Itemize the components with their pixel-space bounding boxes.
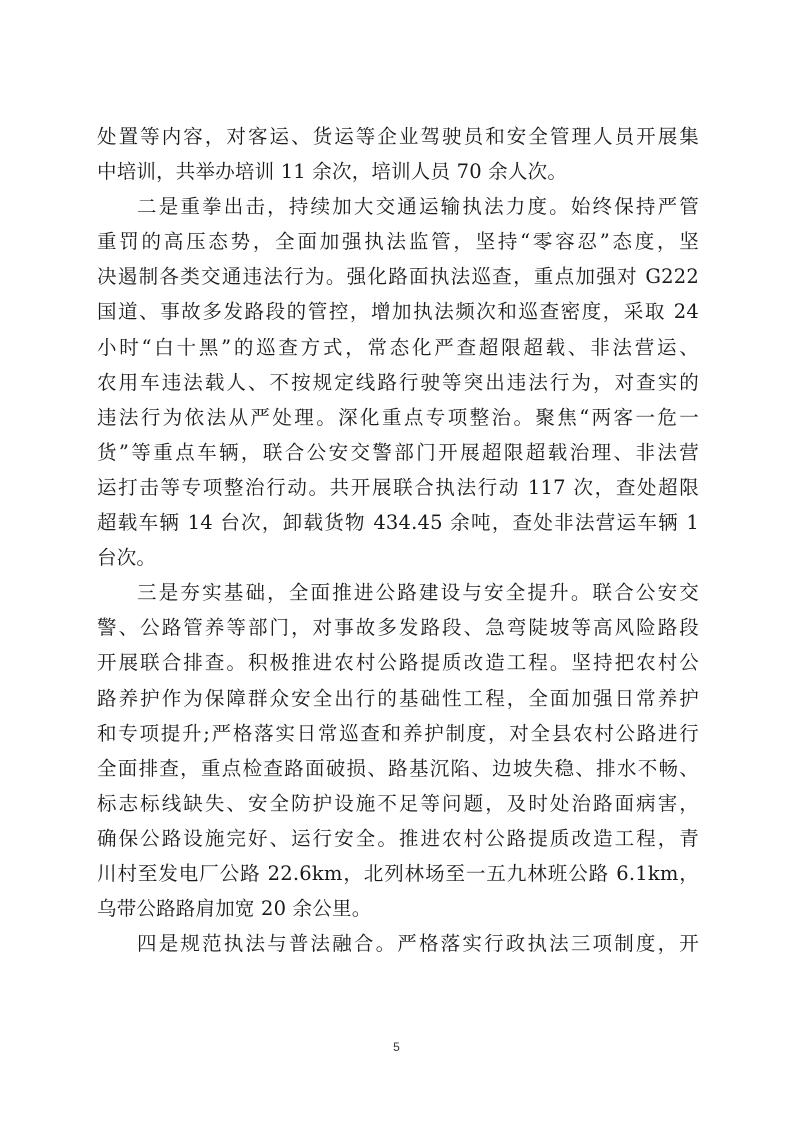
text-line: 台次。 [97, 540, 699, 575]
text-line: 国道、事故多发路段的管控，增加执法频次和巡查密度，采取 24 [97, 294, 699, 329]
text-line: 运打击等专项整治行动。共开展联合执法行动 117 次，查处超限 [97, 470, 699, 505]
document-page: 处置等内容，对客运、货运等企业驾驶员和安全管理人员开展集 中培训，共举办培训 1… [0, 0, 793, 1122]
text-line: 重罚的高压态势，全面加强执法监管，坚持“零容忍”态度，坚 [97, 224, 699, 259]
text-line: 违法行为依法从严处理。深化重点专项整治。聚焦“两客一危一 [97, 400, 699, 435]
page-number: 5 [0, 1040, 793, 1054]
text-line: 确保公路设施完好、运行安全。推进农村公路提质改造工程，青 [97, 821, 699, 856]
text-line: 和专项提升;严格落实日常巡查和养护制度，对全县农村公路进行 [97, 716, 699, 751]
text-line: 警、公路管养等部门，对事故多发路段、急弯陡坡等高风险路段 [97, 610, 699, 645]
text-line: 货”等重点车辆，联合公安交警部门开展超限超载治理、非法营 [97, 435, 699, 470]
text-line: 农用车违法载人、不按规定线路行驶等突出违法行为，对查实的 [97, 365, 699, 400]
text-line: 路养护作为保障群众安全出行的基础性工程，全面加强日常养护 [97, 681, 699, 716]
text-line: 中培训，共举办培训 11 余次，培训人员 70 余人次。 [97, 154, 699, 189]
text-line: 二是重拳出击，持续加大交通运输执法力度。始终保持严管 [97, 189, 699, 224]
text-line: 标志标线缺失、安全防护设施不足等问题，及时处治路面病害， [97, 786, 699, 821]
text-line: 三是夯实基础，全面推进公路建设与安全提升。联合公安交 [97, 575, 699, 610]
text-line: 决遏制各类交通违法行为。强化路面执法巡查，重点加强对 G222 [97, 259, 699, 294]
text-line: 超载车辆 14 台次，卸载货物 434.45 余吨，查处非法营运车辆 1 [97, 505, 699, 540]
text-line: 全面排查，重点检查路面破损、路基沉陷、边坡失稳、排水不畅、 [97, 751, 699, 786]
text-line: 小时“白十黑”的巡查方式，常态化严查超限超载、非法营运、 [97, 330, 699, 365]
text-line: 处置等内容，对客运、货运等企业驾驶员和安全管理人员开展集 [97, 119, 699, 154]
text-line: 乌带公路路肩加宽 20 余公里。 [97, 891, 699, 926]
text-line: 四是规范执法与普法融合。严格落实行政执法三项制度，开 [97, 926, 699, 961]
body-text: 处置等内容，对客运、货运等企业驾驶员和安全管理人员开展集 中培训，共举办培训 1… [97, 119, 699, 961]
text-line: 开展联合排查。积极推进农村公路提质改造工程。坚持把农村公 [97, 645, 699, 680]
text-line: 川村至发电厂公路 22.6km，北列林场至一五九林班公路 6.1km， [97, 856, 699, 891]
